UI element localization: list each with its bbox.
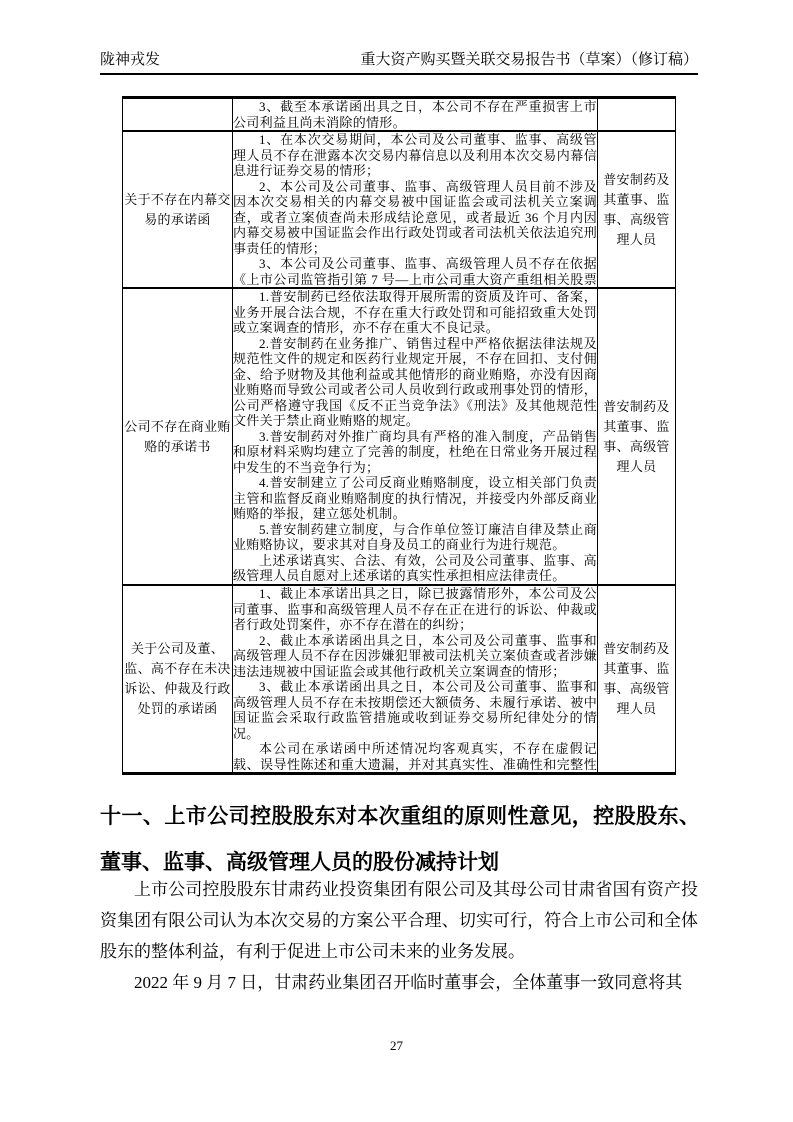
content-paragraph: 4.普安制建立了公司反商业贿赂制度，设立相关部门负责主管和监督反商业贿赂制度的执… (233, 475, 597, 522)
row-label (123, 98, 233, 132)
row-party: 普安制药及其董事、监事、高级管理人员 (598, 585, 676, 774)
row-label: 关于公司及董、监、高不存在未决诉讼、仲裁及行政处罚的承诺函 (123, 585, 233, 774)
content-paragraph: 3、截止本承诺函出具之日，本公司及公司董事、监事和高级管理人员不存在未按期偿还大… (233, 679, 597, 741)
table-row: 公司不存在商业贿赂的承诺书 1.普安制药已经依法取得开展所需的资质及许可、备案，… (123, 288, 676, 585)
page-header: 陇神戎发 重大资产购买暨关联交易报告书（草案）（修订稿） (100, 50, 698, 75)
page-number: 27 (0, 1038, 793, 1054)
row-label: 关于不存在内幕交易的承诺函 (123, 131, 233, 288)
row-content: 1、截止本承诺出具之日，除已披露情形外，本公司及公司董事、监事和高级管理人员不存… (233, 585, 598, 774)
content-paragraph: 3.普安制药对外推广商均具有严格的准入制度，产品销售和原材料采购均建立了完善的制… (233, 429, 597, 476)
content-paragraph: 本公司在承诺函中所述情况均客观真实，不存在虚假记载、误导性陈述和重大遗漏，并对其… (233, 741, 597, 772)
content-paragraph: 3、截至本承诺函出具之日，本公司不存在严重损害上市公司利益且尚未消除的情形。 (233, 99, 597, 130)
content-paragraph: 2.普安制药在业务推广、销售过程中严格依据法律法规及规范性文件的规定和医药行业规… (233, 336, 597, 429)
row-content: 1.普安制药已经依法取得开展所需的资质及许可、备案，业务开展合法合规，不存在重大… (233, 288, 598, 585)
content-paragraph: 1、截止本承诺出具之日，除已披露情形外，本公司及公司董事、监事和高级管理人员不存… (233, 586, 597, 633)
table-row: 关于不存在内幕交易的承诺函 1、在本次交易期间，本公司及公司董事、监事、高级管理… (123, 131, 676, 288)
commitments-table: 3、截至本承诺函出具之日，本公司不存在严重损害上市公司利益且尚未消除的情形。 关… (122, 96, 676, 775)
content-paragraph: 5.普安制药建立制度，与合作单位签订廉洁自律及禁止商业贿赂协议，要求其对自身及员… (233, 522, 597, 553)
row-content: 3、截至本承诺函出具之日，本公司不存在严重损害上市公司利益且尚未消除的情形。 (233, 98, 598, 132)
row-party: 普安制药及其董事、监事、高级管理人员 (598, 131, 676, 288)
row-label: 公司不存在商业贿赂的承诺书 (123, 288, 233, 585)
content-paragraph: 2、本公司及公司董事、监事、高级管理人员目前不涉及因本次交易相关的内幕交易被中国… (233, 179, 597, 257)
header-left-text: 陇神戎发 (100, 50, 160, 70)
body-paragraph: 上市公司控股股东甘肃药业投资集团有限公司及其母公司甘肃省国有资产投资集团有限公司… (100, 874, 698, 967)
row-party (598, 98, 676, 132)
row-party: 普安制药及其董事、监事、高级管理人员 (598, 288, 676, 585)
section-heading: 十一、上市公司控股股东对本次重组的原则性意见，控股股东、董事、监事、高级管理人员… (100, 794, 700, 886)
content-paragraph: 3、本公司及公司董事、监事、高级管理人员不存在依据《上市公司监管指引第 7 号—… (233, 256, 597, 287)
table-row: 3、截至本承诺函出具之日，本公司不存在严重损害上市公司利益且尚未消除的情形。 (123, 98, 676, 132)
content-paragraph: 1、在本次交易期间，本公司及公司董事、监事、高级管理人员不存在泄露本次交易内幕信… (233, 132, 597, 179)
document-page: 陇神戎发 重大资产购买暨关联交易报告书（草案）（修订稿） 3、截至本承诺函出具之… (0, 0, 793, 1122)
content-paragraph: 2、截止本承诺函出具之日，本公司及公司董事、监事和高级管理人员不存在因涉嫌犯罪被… (233, 633, 597, 680)
content-paragraph: 1.普安制药已经依法取得开展所需的资质及许可、备案，业务开展合法合规，不存在重大… (233, 289, 597, 336)
row-content: 1、在本次交易期间，本公司及公司董事、监事、高级管理人员不存在泄露本次交易内幕信… (233, 131, 598, 288)
content-paragraph: 上述承诺真实、合法、有效，公司及公司董事、监事、高级管理人员自愿对上述承诺的真实… (233, 553, 597, 584)
table-row: 关于公司及董、监、高不存在未决诉讼、仲裁及行政处罚的承诺函 1、截止本承诺出具之… (123, 585, 676, 774)
body-paragraph: 2022 年 9 月 7 日，甘肃药业集团召开临时董事会，全体董事一致同意将其 (100, 967, 698, 998)
header-right-text: 重大资产购买暨关联交易报告书（草案）（修订稿） (360, 50, 698, 70)
